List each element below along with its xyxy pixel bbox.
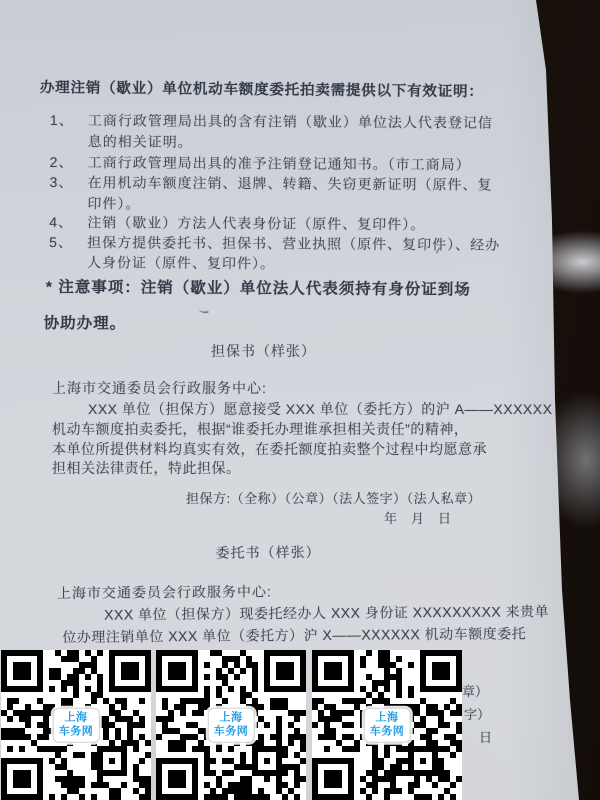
qr-label: 上海 车务网 [53,708,100,743]
covered-text-fragment: 章） [462,681,488,700]
qr-label-text: 上海 [214,711,249,725]
qr-label-text: 车务网 [370,725,405,739]
qr-label: 上海 车务网 [364,708,411,743]
covered-text-fragment: 日 [479,727,492,746]
qr-code: 上海 车务网 [156,650,306,800]
qr-label-text: 车务网 [59,725,94,739]
qr-label-text: 车务网 [214,725,249,739]
covered-text-fragment: 字） [464,704,490,723]
qr-label: 上海 车务网 [208,708,255,743]
qr-code: 上海 车务网 [312,650,462,800]
qr-label-text: 上海 [370,711,405,725]
qr-code: 上海 车务网 [1,650,151,800]
qr-label-text: 上海 [59,711,94,725]
